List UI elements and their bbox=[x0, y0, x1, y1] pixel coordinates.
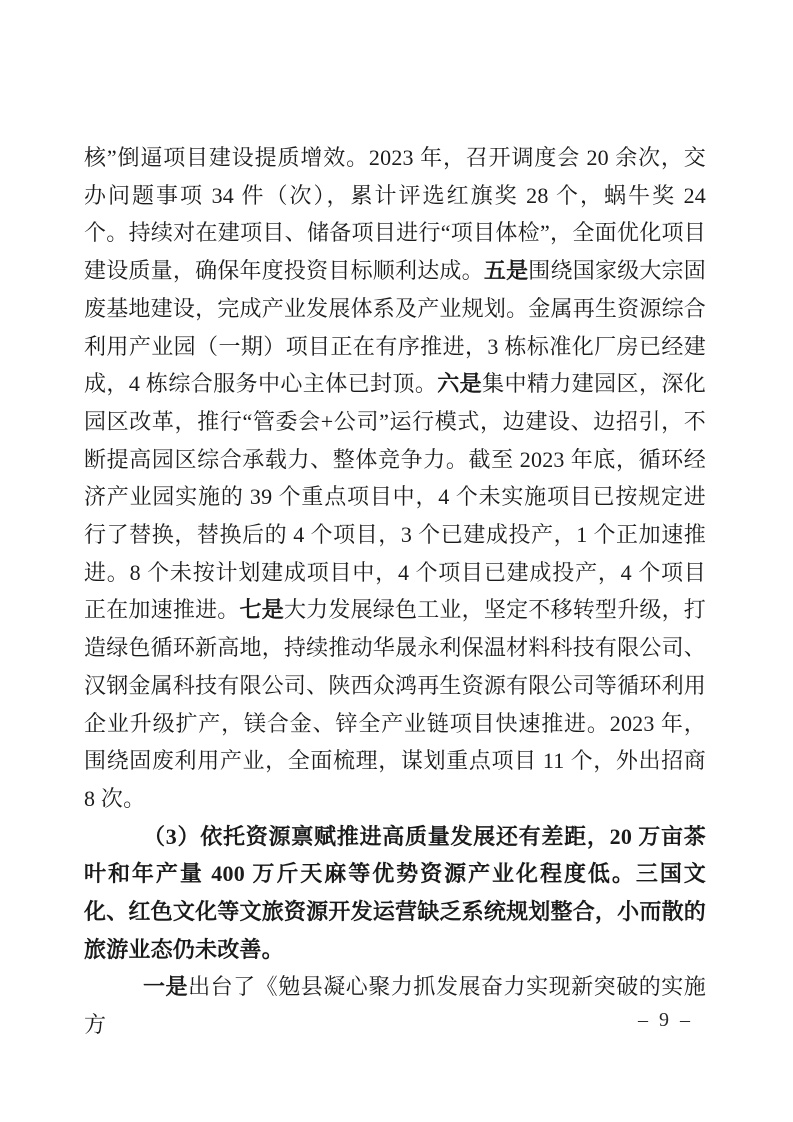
text-run-bold: 六是 bbox=[437, 371, 482, 396]
text-run: 大力发展绿色工业，坚定不移转型升级，打造绿色循环新高地，持续推动华晟永利保温材料… bbox=[84, 597, 706, 811]
paragraph-point-3: （3）依托资源禀赋推进高质量发展还有差距，20 万亩茶叶和年产量 400 万斤天… bbox=[84, 818, 706, 969]
text-run: 集中精力建园区，深化园区改革，推行“管委会+公司”运行模式，边建设、边招引，不断… bbox=[84, 371, 706, 622]
text-run-bold: 一是 bbox=[143, 974, 188, 999]
page-number: – 9 – bbox=[638, 1009, 693, 1032]
document-page: 核”倒逼项目建设提质增效。2023 年，召开调度会 20 余次，交办问题事项 3… bbox=[0, 0, 793, 1122]
text-run-bold: （3）依托资源禀赋推进高质量发展还有差距，20 万亩茶叶和年产量 400 万斤天… bbox=[84, 824, 706, 962]
document-body: 核”倒逼项目建设提质增效。2023 年，召开调度会 20 余次，交办问题事项 3… bbox=[84, 139, 706, 1044]
text-run-bold: 五是 bbox=[484, 258, 528, 283]
text-run-bold: 七是 bbox=[240, 597, 284, 622]
paragraph-yi-shi: 一是出台了《勉县凝心聚力抓发展奋力实现新突破的实施方 bbox=[84, 968, 706, 1043]
paragraph-continuation: 核”倒逼项目建设提质增效。2023 年，召开调度会 20 余次，交办问题事项 3… bbox=[84, 139, 706, 818]
